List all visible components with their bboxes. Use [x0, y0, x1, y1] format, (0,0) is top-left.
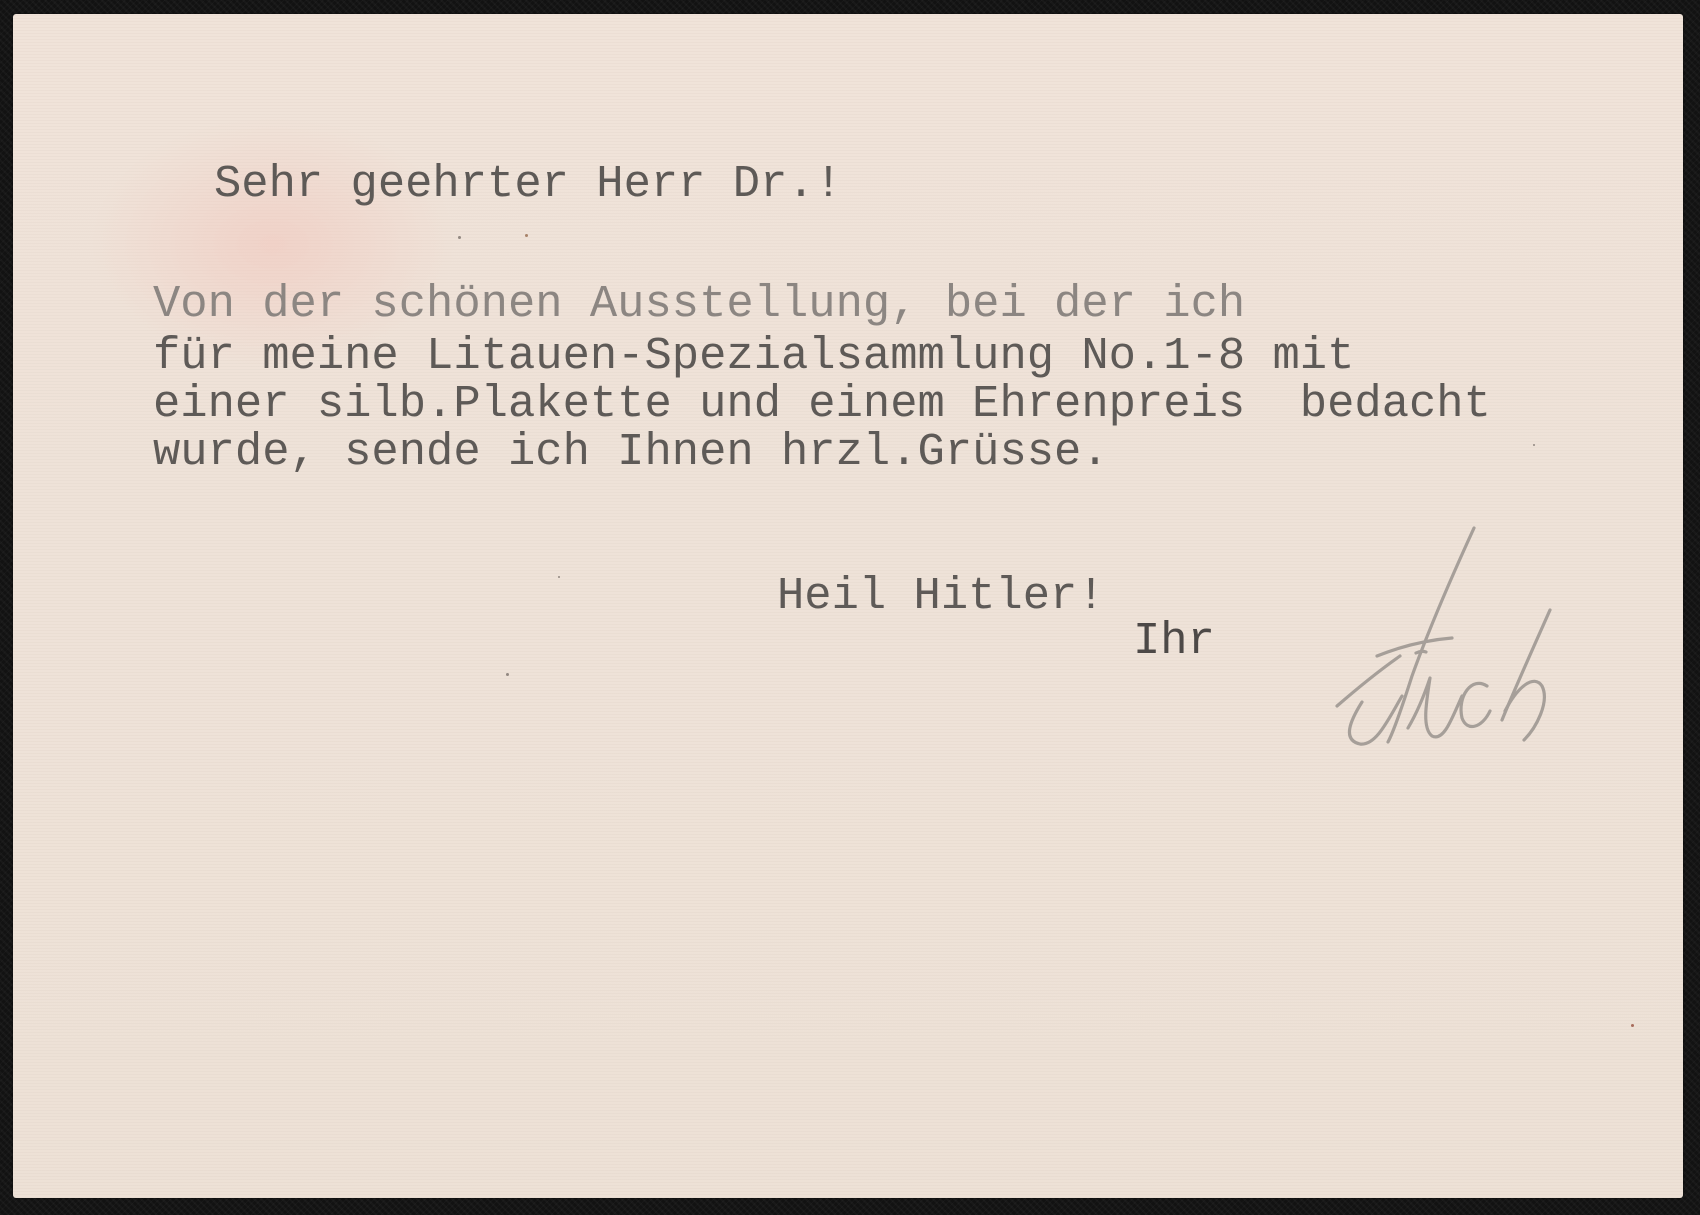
body-line-2: für meine Litauen-Spezialsammlung No.1-8… — [153, 334, 1354, 380]
body-line-1: Von der schönen Ausstellung, bei der ich — [153, 282, 1245, 328]
closing-word-text: Ihr — [1133, 615, 1215, 667]
paper-speck — [1533, 444, 1535, 446]
closing: Heil Hitler! — [777, 574, 1105, 620]
paper-speck — [525, 234, 528, 237]
handwritten-signature — [1302, 506, 1552, 756]
paper-speck — [1631, 1024, 1634, 1027]
body-line-4-text: wurde, sende ich Ihnen hrzl.Grüsse. — [153, 426, 1109, 478]
salutation-text: Sehr geehrter Herr Dr.! — [214, 158, 842, 210]
body-line-2-text: für meine Litauen-Spezialsammlung No.1-8… — [153, 330, 1354, 382]
body-line-1-text: Von der schönen Ausstellung, bei der ich — [153, 278, 1245, 330]
salutation: Sehr geehrter Herr Dr.! — [214, 162, 842, 208]
paper-speck — [558, 576, 560, 578]
body-line-3-text: einer silb.Plakette und einem Ehrenpreis… — [153, 378, 1491, 430]
paper-speck — [506, 673, 509, 676]
closing-text: Heil Hitler! — [777, 570, 1105, 622]
closing-word: Ihr — [1133, 619, 1215, 665]
body-line-4: wurde, sende ich Ihnen hrzl.Grüsse. — [153, 430, 1109, 476]
body-line-3: einer silb.Plakette und einem Ehrenpreis… — [153, 382, 1491, 428]
paper-speck — [458, 236, 461, 239]
